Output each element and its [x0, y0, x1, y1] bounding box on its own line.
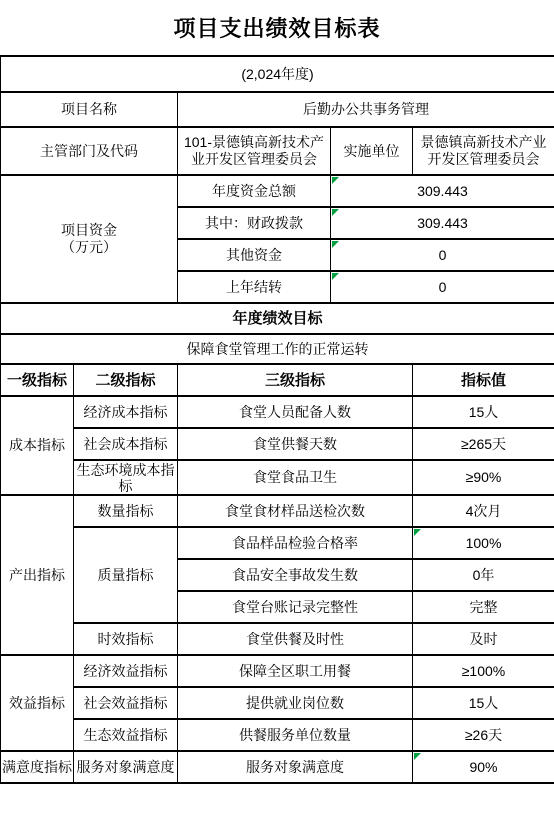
level1-cell-benefit: 效益指标 [1, 655, 74, 751]
indicator-row: 社会效益指标 提供就业岗位数 15人 [1, 687, 554, 719]
annual-goal-header-row: 年度绩效目标 [1, 303, 554, 334]
value-cell: 90% [413, 751, 554, 783]
fund-item-value: 309.443 [331, 175, 554, 207]
value-cell: 0年 [413, 559, 554, 591]
col-header-level1: 一级指标 [1, 364, 74, 396]
excel-marker-icon [332, 241, 339, 248]
value-cell: 4次月 [413, 495, 554, 527]
value-cell: ≥90% [413, 460, 554, 495]
dept-code-value: 101-景德镇高新技术产业开发区管理委员会 [178, 127, 331, 175]
level2-clipped-label: 生态环境成本指标 [76, 462, 175, 493]
level2-cell: 经济成本指标 [74, 396, 178, 428]
level3-cell: 提供就业岗位数 [178, 687, 413, 719]
project-name-value: 后勤办公共事务管理 [178, 92, 554, 127]
level2-cell: 服务对象满意度 [74, 751, 178, 783]
excel-marker-icon [414, 753, 421, 760]
dept-code-label: 主管部门及代码 [1, 127, 178, 175]
indicator-row: 时效指标 食堂供餐及时性 及时 [1, 623, 554, 655]
fund-item-value: 0 [331, 271, 554, 303]
indicator-header-row: 一级指标 二级指标 三级指标 指标值 [1, 364, 554, 396]
value-cell: 及时 [413, 623, 554, 655]
page-title: 项目支出绩效目标表 [0, 0, 554, 55]
indicator-row: 质量指标 食品样品检验合格率 100% [1, 527, 554, 559]
level2-cell-quality: 质量指标 [74, 527, 178, 623]
fund-item-label: 年度资金总额 [178, 175, 331, 207]
level3-cell: 食品安全事故发生数 [178, 559, 413, 591]
fund-item-amount: 0 [439, 247, 447, 263]
level2-cell: 社会成本指标 [74, 428, 178, 460]
project-name-row: 项目名称 后勤办公共事务管理 [1, 92, 554, 127]
value-cell: 完整 [413, 591, 554, 623]
col-header-level2: 二级指标 [74, 364, 178, 396]
fund-item-label: 上年结转 [178, 271, 331, 303]
performance-target-sheet: 项目支出绩效目标表 (2,024年度) 项目名称 后勤办公共事务管理 主管部门及… [0, 0, 554, 835]
indicator-row: 满意度指标 服务对象满意度 服务对象满意度 90% [1, 751, 554, 783]
fund-item-value: 0 [331, 239, 554, 271]
level3-cell: 食堂供餐及时性 [178, 623, 413, 655]
department-row: 主管部门及代码 101-景德镇高新技术产业开发区管理委员会 实施单位 景德镇高新… [1, 127, 554, 175]
value-cell: ≥26天 [413, 719, 554, 751]
subtitle-row: (2,024年度) [1, 56, 554, 92]
excel-marker-icon [332, 273, 339, 280]
level3-cell: 食堂供餐天数 [178, 428, 413, 460]
level3-cell: 服务对象满意度 [178, 751, 413, 783]
excel-marker-icon [332, 177, 339, 184]
level1-cell-cost: 成本指标 [1, 396, 74, 495]
indicator-row: 成本指标 经济成本指标 食堂人员配备人数 15人 [1, 396, 554, 428]
level3-cell: 食品样品检验合格率 [178, 527, 413, 559]
value-cell: ≥100% [413, 655, 554, 687]
indicator-row: 效益指标 经济效益指标 保障全区职工用餐 ≥100% [1, 655, 554, 687]
value-cell: 15人 [413, 687, 554, 719]
level2-cell: 生态效益指标 [74, 719, 178, 751]
excel-marker-icon [332, 209, 339, 216]
project-name-label: 项目名称 [1, 92, 178, 127]
fund-item-label: 其他资金 [178, 239, 331, 271]
value-cell: 100% [413, 527, 554, 559]
fund-row-total: 项目资金 （万元） 年度资金总额 309.443 [1, 175, 554, 207]
level3-cell: 供餐服务单位数量 [178, 719, 413, 751]
excel-marker-icon [414, 529, 421, 536]
fund-item-amount: 309.443 [417, 215, 468, 231]
project-funds-label: 项目资金 （万元） [1, 175, 178, 303]
target-table: (2,024年度) 项目名称 后勤办公共事务管理 主管部门及代码 101-景德镇… [0, 55, 554, 784]
value-text: 100% [466, 535, 502, 551]
level3-cell: 食堂食材样品送检次数 [178, 495, 413, 527]
level2-cell: 社会效益指标 [74, 687, 178, 719]
fund-item-amount: 0 [439, 279, 447, 295]
level2-cell: 数量指标 [74, 495, 178, 527]
indicator-row: 产出指标 数量指标 食堂食材样品送检次数 4次月 [1, 495, 554, 527]
annual-goal-row: 保障食堂管理工作的正常运转 [1, 334, 554, 364]
annual-goal-text: 保障食堂管理工作的正常运转 [1, 334, 554, 364]
level3-cell: 食堂食品卫生 [178, 460, 413, 495]
indicator-row: 生态效益指标 供餐服务单位数量 ≥26天 [1, 719, 554, 751]
fund-item-label: 其中：财政拨款 [178, 207, 331, 239]
annual-goal-header: 年度绩效目标 [1, 303, 554, 334]
value-text: 90% [469, 759, 497, 775]
level3-cell: 保障全区职工用餐 [178, 655, 413, 687]
indicator-row: 社会成本指标 食堂供餐天数 ≥265天 [1, 428, 554, 460]
level2-cell: 时效指标 [74, 623, 178, 655]
col-header-value: 指标值 [413, 364, 554, 396]
impl-unit-label: 实施单位 [331, 127, 413, 175]
level3-cell: 食堂人员配备人数 [178, 396, 413, 428]
col-header-level3: 三级指标 [178, 364, 413, 396]
fund-item-amount: 309.443 [417, 183, 468, 199]
indicator-row: 生态环境成本指标 食堂食品卫生 ≥90% [1, 460, 554, 495]
value-cell: 15人 [413, 396, 554, 428]
level1-cell-satisfaction: 满意度指标 [1, 751, 74, 783]
impl-unit-value: 景德镇高新技术产业开发区管理委员会 [413, 127, 554, 175]
level3-cell: 食堂台账记录完整性 [178, 591, 413, 623]
level2-cell: 经济效益指标 [74, 655, 178, 687]
level1-cell-output: 产出指标 [1, 495, 74, 655]
value-cell: ≥265天 [413, 428, 554, 460]
fiscal-year-subtitle: (2,024年度) [1, 56, 554, 92]
fund-item-value: 309.443 [331, 207, 554, 239]
level2-cell: 生态环境成本指标 [74, 460, 178, 495]
